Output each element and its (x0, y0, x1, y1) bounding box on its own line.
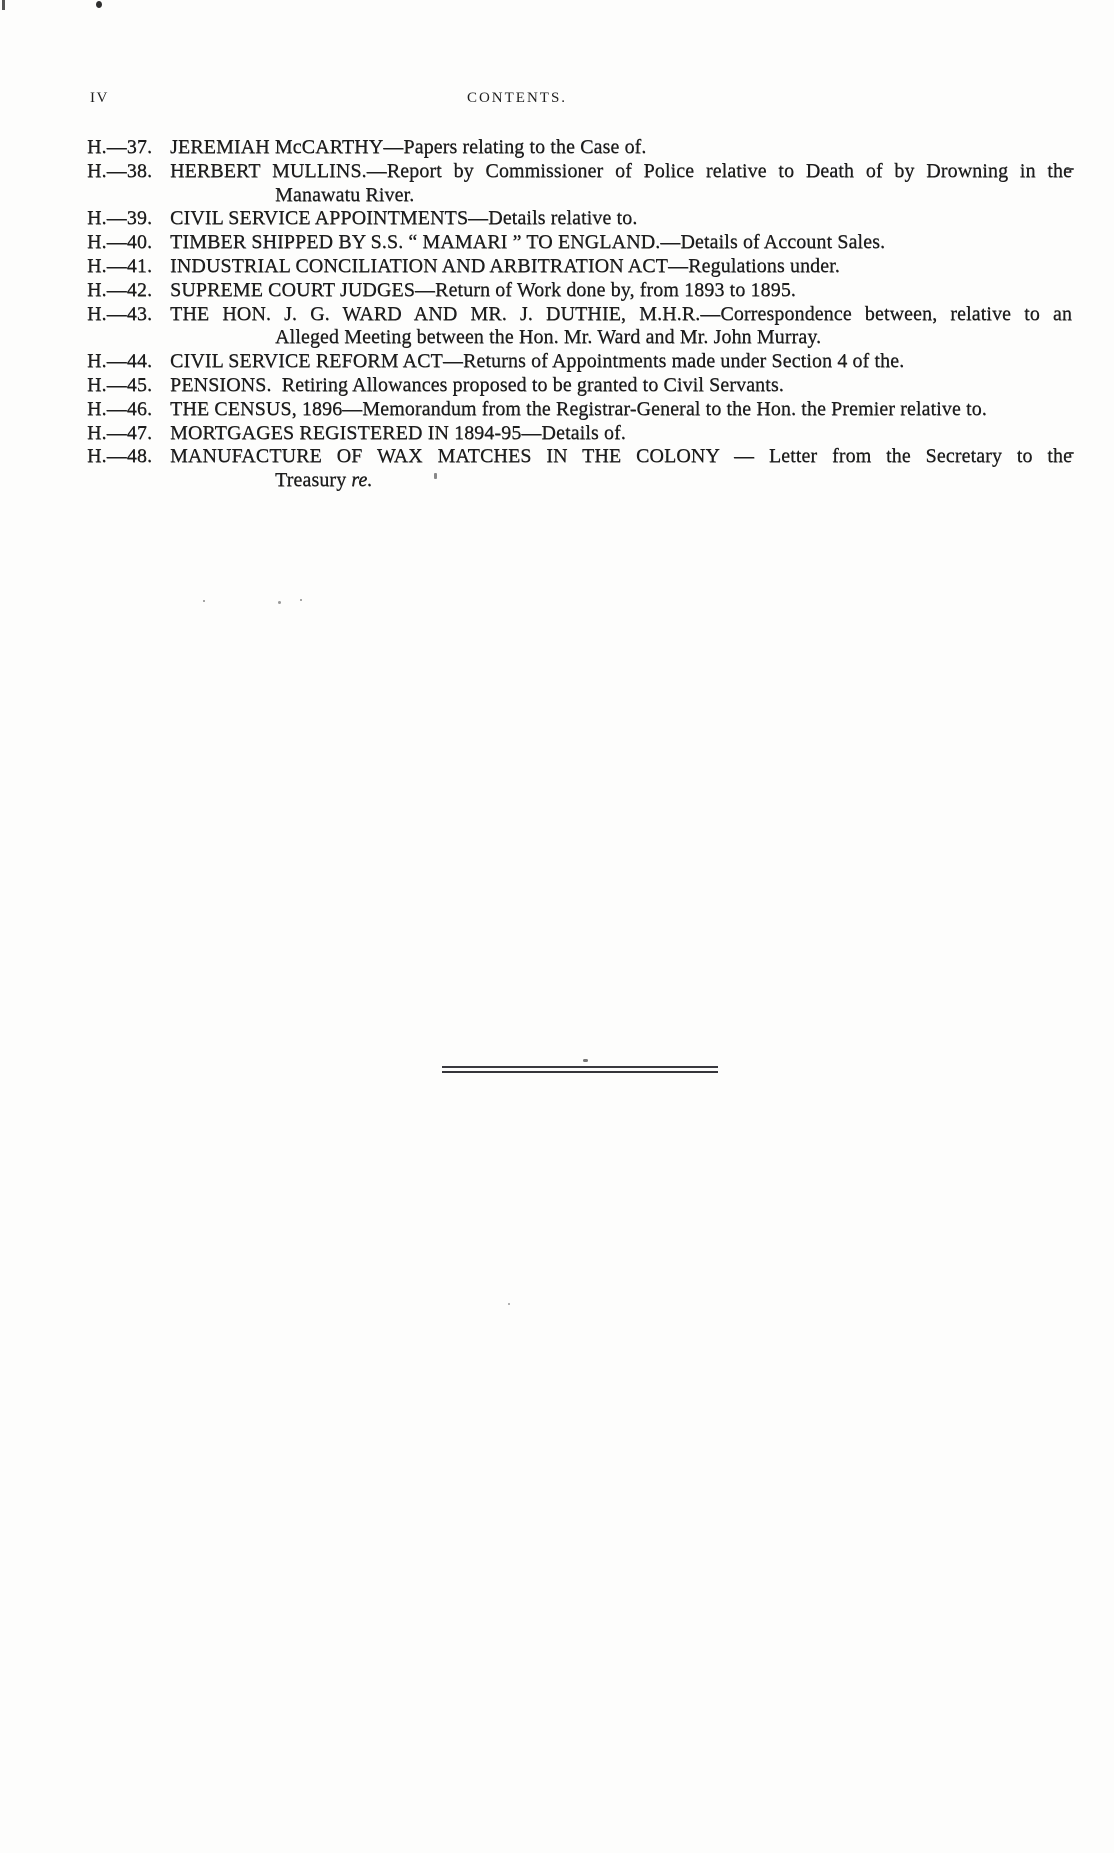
entry-line: INDUSTRIAL CONCILIATION AND ARBITRATION … (170, 255, 1072, 279)
toc-entry: H.—43.THE HON. J. G. WARD AND MR. J. DUT… (87, 303, 1072, 351)
toc-entry: H.—46.THE CENSUS, 1896—Memorandum from t… (87, 398, 1072, 422)
page-title: CONTENTS. (0, 88, 1034, 108)
scan-speck (203, 600, 205, 602)
entry-line: SUPREME COURT JUDGES—Return of Work done… (170, 279, 1072, 303)
entry-number: H.—41. (87, 255, 170, 279)
entry-number: H.—39. (87, 207, 170, 231)
entry-line: HERBERT MULLINS.—Report by Commissioner … (170, 160, 1072, 184)
document-page: IV CONTENTS. H.—37.JEREMIAH McCARTHY—Pap… (0, 0, 1114, 1853)
toc-entry: H.—44.CIVIL SERVICE REFORM ACT—Returns o… (87, 350, 1072, 374)
entry-line: MORTGAGES REGISTERED IN 1894-95—Details … (170, 422, 1072, 446)
scan-speck (583, 1059, 588, 1062)
entry-line: Manawatu River. (170, 184, 1072, 208)
scan-speck (96, 1, 102, 8)
entry-line: JEREMIAH McCARTHY—Papers relating to the… (170, 136, 1072, 160)
toc-entry: H.—39.CIVIL SERVICE APPOINTMENTS—Details… (87, 207, 1072, 231)
entry-line: THE CENSUS, 1896—Memorandum from the Reg… (170, 398, 1072, 422)
entry-text: CIVIL SERVICE APPOINTMENTS—Details relat… (170, 207, 1072, 231)
entry-text: MORTGAGES REGISTERED IN 1894-95—Details … (170, 422, 1072, 446)
entry-text: CIVIL SERVICE REFORM ACT—Returns of Appo… (170, 350, 1072, 374)
entry-text: SUPREME COURT JUDGES—Return of Work done… (170, 279, 1072, 303)
entry-number: H.—40. (87, 231, 170, 255)
entry-line: CIVIL SERVICE APPOINTMENTS—Details relat… (170, 207, 1072, 231)
entry-line: Alleged Meeting between the Hon. Mr. War… (170, 326, 1072, 350)
toc-entry: H.—37.JEREMIAH McCARTHY—Papers relating … (87, 136, 1072, 160)
toc-entry: H.—48.MANUFACTURE OF WAX MATCHES IN THE … (87, 445, 1072, 493)
entry-text: HERBERT MULLINS.—Report by Commissioner … (170, 160, 1072, 208)
section-divider (442, 1066, 718, 1073)
entry-number: H.—46. (87, 398, 170, 422)
toc-entry: H.—42.SUPREME COURT JUDGES—Return of Wor… (87, 279, 1072, 303)
entry-text: TIMBER SHIPPED BY S.S. “ MAMARI ” TO ENG… (170, 231, 1072, 255)
scan-speck (434, 473, 437, 479)
scan-speck (278, 601, 281, 604)
entry-number: H.—43. (87, 303, 170, 327)
entry-line: PENSIONS. Retiring Allowances proposed t… (170, 374, 1072, 398)
toc-entry: H.—38.HERBERT MULLINS.—Report by Commiss… (87, 160, 1072, 208)
toc-entry: H.—41.INDUSTRIAL CONCILIATION AND ARBITR… (87, 255, 1072, 279)
page-header: IV CONTENTS. (0, 88, 1114, 110)
entry-line: TIMBER SHIPPED BY S.S. “ MAMARI ” TO ENG… (170, 231, 1072, 255)
entry-number: H.—44. (87, 350, 170, 374)
scan-speck (1066, 452, 1074, 454)
entry-text: PENSIONS. Retiring Allowances proposed t… (170, 374, 1072, 398)
scan-speck (508, 1303, 510, 1305)
entry-text: INDUSTRIAL CONCILIATION AND ARBITRATION … (170, 255, 1072, 279)
scan-speck (300, 599, 302, 601)
toc-entry: H.—45.PENSIONS. Retiring Allowances prop… (87, 374, 1072, 398)
entry-number: H.—42. (87, 279, 170, 303)
entry-line: Treasury re. (170, 469, 1072, 493)
entry-text: JEREMIAH McCARTHY—Papers relating to the… (170, 136, 1072, 160)
toc-entry: H.—40.TIMBER SHIPPED BY S.S. “ MAMARI ” … (87, 231, 1072, 255)
entry-number: H.—47. (87, 422, 170, 446)
entry-number: H.—48. (87, 445, 170, 469)
entry-text: MANUFACTURE OF WAX MATCHES IN THE COLONY… (170, 445, 1072, 493)
scan-speck (2, 0, 5, 10)
entry-text: THE HON. J. G. WARD AND MR. J. DUTHIE, M… (170, 303, 1072, 351)
entry-line: THE HON. J. G. WARD AND MR. J. DUTHIE, M… (170, 303, 1072, 327)
entry-line: CIVIL SERVICE REFORM ACT—Returns of Appo… (170, 350, 1072, 374)
contents-list: H.—37.JEREMIAH McCARTHY—Papers relating … (87, 136, 1072, 493)
entry-line: MANUFACTURE OF WAX MATCHES IN THE COLONY… (170, 445, 1072, 469)
entry-number: H.—45. (87, 374, 170, 398)
toc-entry: H.—47.MORTGAGES REGISTERED IN 1894-95—De… (87, 422, 1072, 446)
entry-number: H.—38. (87, 160, 170, 184)
scan-speck (1066, 168, 1074, 170)
entry-number: H.—37. (87, 136, 170, 160)
entry-text: THE CENSUS, 1896—Memorandum from the Reg… (170, 398, 1072, 422)
